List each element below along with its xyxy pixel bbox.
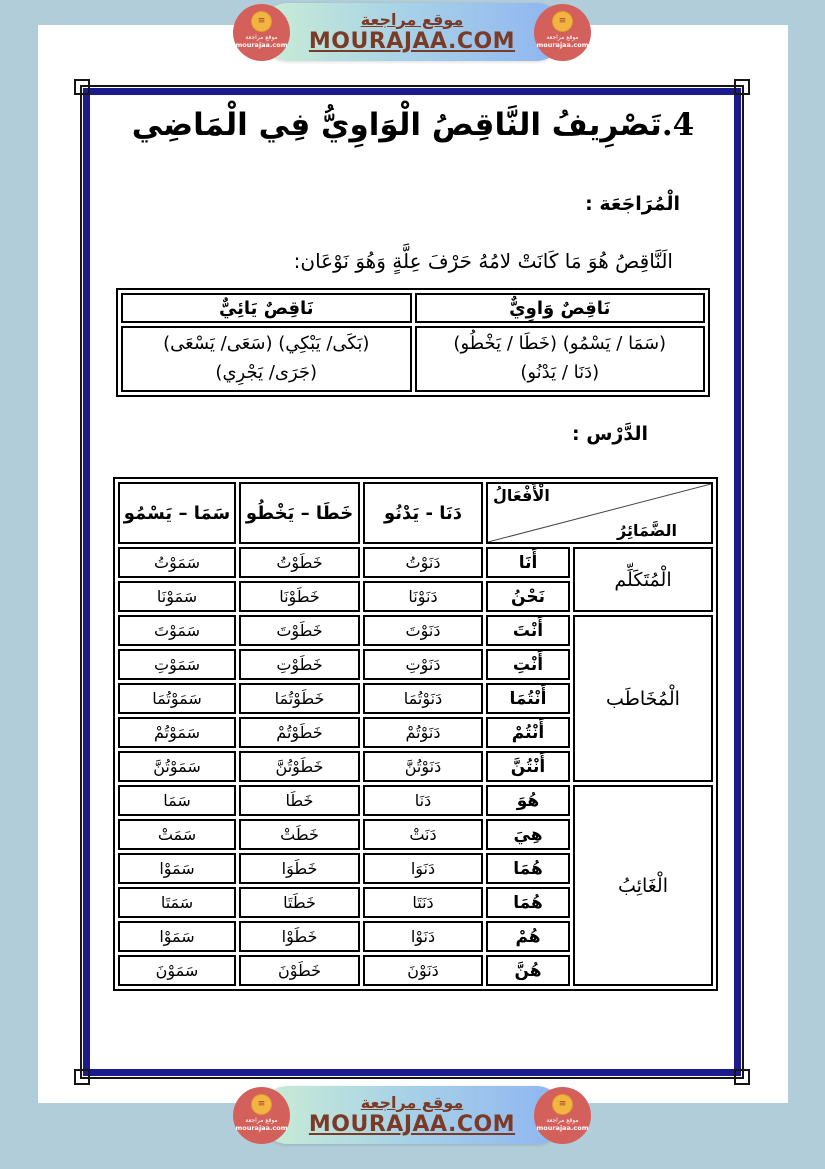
site-logo: ≡ موقع مراجعة mourajaa.com (233, 4, 290, 61)
verb-cell: خَطَوْتُنَّ (239, 751, 360, 782)
verb-header-sama: سَمَا – يَسْمُو (118, 482, 236, 544)
pronoun-cell: هُوَ (486, 785, 570, 816)
pronoun-cell: هُنَّ (486, 955, 570, 986)
conjugation-table: الْأَفْعَالُ الضَّمَائِرُ دَنَا - يَدْنُ… (113, 477, 718, 991)
site-logo: ≡ موقع مراجعة mourajaa.com (233, 1087, 290, 1144)
site-link-pill[interactable]: موقع مراجعة MOURAJAA.COM (259, 3, 565, 61)
site-logo: ≡ موقع مراجعة mourajaa.com (534, 1087, 591, 1144)
verb-cell: خَطَتَا (239, 887, 360, 918)
verb-cell: دَنَوْتُ (363, 547, 483, 578)
site-logo: ≡ موقع مراجعة mourajaa.com (534, 4, 591, 61)
verb-cell: خَطَوْتُ (239, 547, 360, 578)
verb-cell: دَنَوَا (363, 853, 483, 884)
verb-cell: خَطَوْنَ (239, 955, 360, 986)
book-badge-icon: ≡ (552, 1094, 573, 1115)
table-row: الْمُخَاطَب أَنْتَ دَنَوْتَ خَطَوْتَ سَم… (118, 615, 713, 646)
site-domain-link[interactable]: MOURAJAA.COM (309, 29, 515, 54)
corner-label-verbs: الْأَفْعَالُ (493, 486, 550, 505)
site-name-arabic: موقع مراجعة (361, 10, 464, 29)
book-badge-icon: ≡ (251, 1094, 272, 1115)
book-badge-icon: ≡ (251, 11, 272, 32)
verb-cell: دَنَوْتَ (363, 615, 483, 646)
group-cell-speaker: الْمُتَكَلِّم (573, 547, 713, 612)
verb-cell: خَطَوَا (239, 853, 360, 884)
verb-cell: سَمَوْتَ (118, 615, 236, 646)
verb-cell: سَمَوْتُ (118, 547, 236, 578)
verb-cell: دَنَوْنَا (363, 581, 483, 612)
group-cell-absent: الْغَائِبُ (573, 785, 713, 986)
verb-cell: سَمَوْتُنَّ (118, 751, 236, 782)
verb-cell: سَمَوْتُمْ (118, 717, 236, 748)
site-domain-link[interactable]: MOURAJAA.COM (309, 1112, 515, 1137)
verb-cell: خَطَوْتُمْ (239, 717, 360, 748)
pronoun-cell: أَنْتَ (486, 615, 570, 646)
verb-cell: خَطَوْتِ (239, 649, 360, 680)
logo-domain-text: mourajaa.com (235, 1125, 287, 1132)
verb-cell: سَمَتَا (118, 887, 236, 918)
verb-cell: خَطَتْ (239, 819, 360, 850)
logo-domain-text: mourajaa.com (536, 42, 588, 49)
verb-cell: خَطَا (239, 785, 360, 816)
book-badge-icon: ≡ (552, 11, 573, 32)
site-link-pill[interactable]: موقع مراجعة MOURAJAA.COM (259, 1086, 565, 1144)
page-title: 4.تَصْرِيفُ النَّاقِصُ الْوَاوِيُّ فِي ا… (38, 107, 788, 143)
verb-cell: سَمَوْا (118, 921, 236, 952)
verb-types-table: نَاقِصٌ وَاوِيٌّ نَاقِصٌ يَائِيٌّ (سَمَا… (116, 288, 710, 397)
verb-header-dana: دَنَا - يَدْنُو (363, 482, 483, 544)
corner-header-cell: الْأَفْعَالُ الضَّمَائِرُ (486, 482, 713, 544)
verb-cell: دَنَوْنَ (363, 955, 483, 986)
site-banner-bottom: موقع مراجعة MOURAJAA.COM ≡ موقع مراجعة m… (233, 1086, 591, 1146)
verb-cell: خَطَوْتُمَا (239, 683, 360, 714)
type-examples-ya: (بَكَى/ يَبْكِي) (سَعَى/ يَسْعَى) (جَرَى… (121, 326, 412, 392)
verb-cell: دَنَوْتِ (363, 649, 483, 680)
verb-cell: سَمَوْنَ (118, 955, 236, 986)
verb-cell: سَمَوْتِ (118, 649, 236, 680)
group-cell-addressee: الْمُخَاطَب (573, 615, 713, 782)
logo-domain-text: mourajaa.com (536, 1125, 588, 1132)
pronoun-cell: أَنْتِ (486, 649, 570, 680)
type-header-ya: نَاقِصٌ يَائِيٌّ (121, 293, 412, 323)
pronoun-cell: أَنَا (486, 547, 570, 578)
verb-cell: سَمَوْنَا (118, 581, 236, 612)
pronoun-cell: هُمْ (486, 921, 570, 952)
verb-cell: سَمَا (118, 785, 236, 816)
pronoun-cell: أَنْتُمْ (486, 717, 570, 748)
type-header-waw: نَاقِصٌ وَاوِيٌّ (415, 293, 706, 323)
verb-cell: دَنَتَا (363, 887, 483, 918)
site-banner-top: موقع مراجعة MOURAJAA.COM ≡ موقع مراجعة m… (233, 3, 591, 63)
verb-cell: دَنَوْتُنَّ (363, 751, 483, 782)
corner-label-pronouns: الضَّمَائِرُ (617, 521, 677, 540)
verb-cell: سَمَتْ (118, 819, 236, 850)
verb-header-khata: خَطَا – يَخْطُو (239, 482, 360, 544)
pronoun-cell: هُمَا (486, 853, 570, 884)
verb-cell: دَنَوْتُمْ (363, 717, 483, 748)
verb-cell: خَطَوْنَا (239, 581, 360, 612)
table-row: الْمُتَكَلِّم أَنَا دَنَوْتُ خَطَوْتُ سَ… (118, 547, 713, 578)
verb-cell: دَنَوْتُمَا (363, 683, 483, 714)
pronoun-cell: أَنْتُمَا (486, 683, 570, 714)
pronoun-cell: هُمَا (486, 887, 570, 918)
site-name-arabic: موقع مراجعة (361, 1093, 464, 1112)
verb-cell: دَنَوْا (363, 921, 483, 952)
type-examples-waw: (سَمَا / يَسْمُو) (خَطَا / يَخْطُو) (دَن… (415, 326, 706, 392)
verb-cell: دَنَتْ (363, 819, 483, 850)
pronoun-cell: هِيَ (486, 819, 570, 850)
table-row: الْغَائِبُ هُوَ دَنَا خَطَا سَمَا (118, 785, 713, 816)
content-layer: 4.تَصْرِيفُ النَّاقِصُ الْوَاوِيُّ فِي ا… (38, 25, 788, 1103)
pronoun-cell: نَحْنُ (486, 581, 570, 612)
verb-cell: سَمَوْتُمَا (118, 683, 236, 714)
pronoun-cell: أَنْتُنَّ (486, 751, 570, 782)
verb-cell: خَطَوْا (239, 921, 360, 952)
review-section-heading: الْمُرَاجَعَة : (585, 193, 680, 215)
definition-sentence: الَنَّاقِصُ هُوَ مَا كَانَتْ لامُهُ حَرْ… (294, 249, 673, 273)
verb-cell: دَنَا (363, 785, 483, 816)
verb-cell: سَمَوْا (118, 853, 236, 884)
lesson-section-heading: الدَّرْس : (572, 423, 648, 445)
verb-cell: خَطَوْتَ (239, 615, 360, 646)
logo-domain-text: mourajaa.com (235, 42, 287, 49)
